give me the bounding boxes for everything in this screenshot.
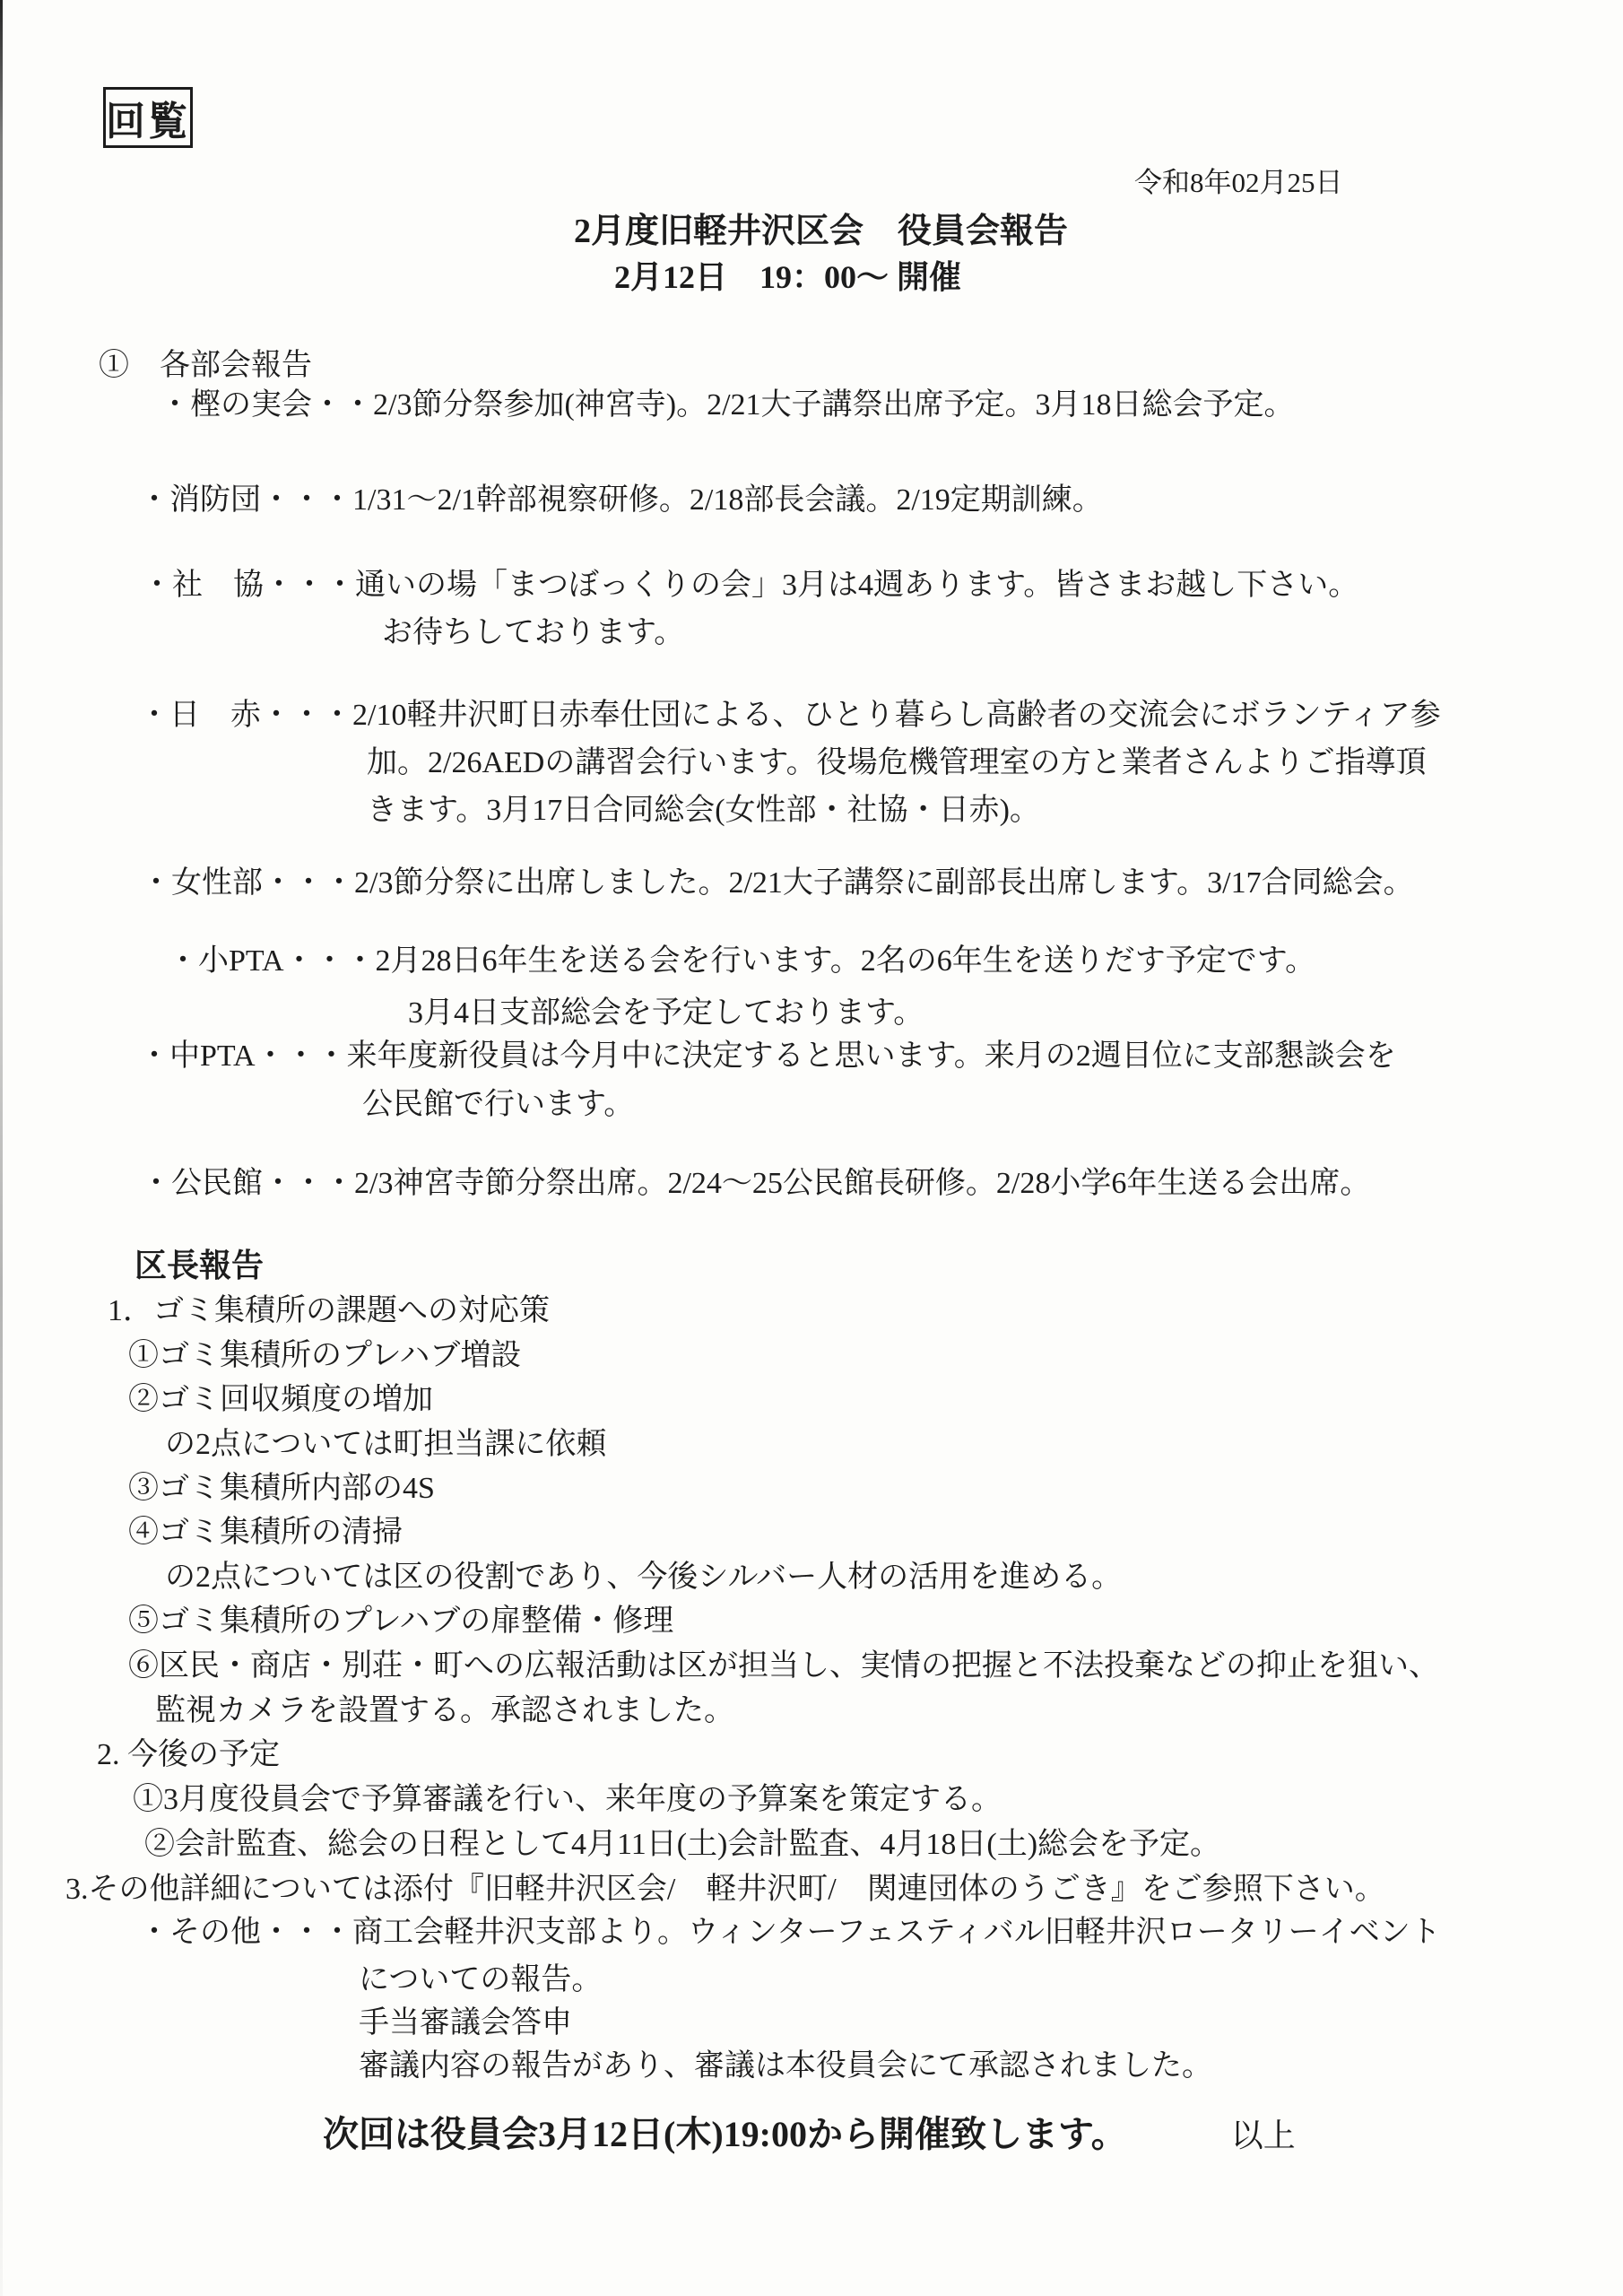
report-fire-brigade: ・消防団・・・1/31～2/1幹部視察研修。2/18部長会議。2/19定期訓練。 bbox=[139, 483, 1103, 517]
report-other-line-3: 手当審議会答申 bbox=[359, 2005, 572, 2040]
mayor-plan-audit-assembly: ②会計監査、総会の日程として4月11日(土)会計監査、4月18日(土)総会を予定… bbox=[144, 1827, 1220, 1862]
mayor-note-town-request: の2点については町担当課に依頼 bbox=[165, 1427, 606, 1462]
circulation-stamp: 回覧 bbox=[103, 87, 193, 148]
report-nisseki-line-3: きます。3月17日合同総会(女性部・社協・日赤)。 bbox=[367, 793, 1040, 828]
section-heading-committee-reports: ① 各部会報告 bbox=[99, 348, 312, 383]
mayor-item-cleaning: ④ゴミ集積所の清掃 bbox=[128, 1515, 403, 1550]
next-meeting-notice: 次回は役員会3月12日(木)19:00から開催致します。 bbox=[323, 2114, 1127, 2154]
mayor-item-door-repair: ⑤ゴミ集積所のプレハブの扉整備・修理 bbox=[128, 1604, 673, 1639]
report-nisseki-line-2: 加。2/26AEDの講習会行います。役場危機管理室の方と業者さんよりご指導頂 bbox=[367, 745, 1427, 780]
mayor-note-district-role: の2点については区の役割であり、今後シルバー人材の活用を進める。 bbox=[165, 1560, 1122, 1595]
report-sho-pta-line-1: ・小PTA・・・2月28日6年生を送る会を行います。2名の6年生を送りだす予定で… bbox=[168, 944, 1315, 978]
circulation-stamp-text: 回覧 bbox=[106, 89, 190, 146]
document-date: 令和8年02月25日 bbox=[1134, 167, 1343, 199]
mayor-item-garbage-prefab: ①ゴミ集積所のプレハブ増設 bbox=[128, 1338, 521, 1373]
report-other-line-1: ・その他・・・商工会軽井沢支部より。ウィンターフェスティバル旧軽井沢ロータリーイ… bbox=[139, 1915, 1441, 1950]
report-kashinomikai: ・樫の実会・・2/3節分祭参加(神宮寺)。2/21大子講祭出席予定。3月18日総… bbox=[160, 387, 1295, 422]
footer-row: 次回は役員会3月12日(木)19:00から開催致します。 以上 bbox=[323, 2106, 1296, 2157]
report-other-line-4: 審議内容の報告があり、審議は本役員会にて承認されました。 bbox=[359, 2048, 1212, 2083]
report-nisseki-line-1: ・日 赤・・・2/10軽井沢町日赤奉仕団による、ひとり暮らし高齢者の交流会にボラ… bbox=[139, 698, 1441, 733]
scan-edge-artifact bbox=[0, 0, 3, 2296]
report-chu-pta-line-1: ・中PTA・・・来年度新役員は今月中に決定すると思います。来月の2週目位に支部懇… bbox=[139, 1039, 1396, 1074]
report-other-line-2: についての報告。 bbox=[359, 1962, 602, 1997]
mayor-item-publicity-line-2: 監視カメラを設置する。承認されました。 bbox=[155, 1693, 734, 1728]
section-heading-mayor-report: 区長報告 bbox=[135, 1247, 264, 1283]
document-title: 2月度旧軽井沢区会 役員会報告 bbox=[574, 213, 1068, 252]
report-shakyo-line-2: お待ちしております。 bbox=[382, 615, 684, 650]
mayor-item-collection-freq: ②ゴミ回収頻度の増加 bbox=[128, 1382, 433, 1417]
scanned-document-page: 回覧 令和8年02月25日 2月度旧軽井沢区会 役員会報告 2月12日 19：0… bbox=[0, 0, 1623, 2296]
report-kominkan: ・公民館・・・2/3神宮寺節分祭出席。2/24～25公民館長研修。2/28小学6… bbox=[141, 1166, 1370, 1201]
report-shakyo-line-1: ・社 協・・・通いの場「まつぼっくりの会」3月は4週あります。皆さまお越し下さい… bbox=[142, 568, 1358, 603]
mayor-item-publicity-line-1: ⑥区民・商店・別荘・町への広報活動は区が担当し、実情の把握と不法投棄などの抑止を… bbox=[128, 1648, 1439, 1683]
mayor-item-1-heading: 1．ゴミ集積所の課題への対応策 bbox=[108, 1293, 550, 1328]
mayor-plan-budget: ①3月度役員会で予算審議を行い、来年度の予算案を策定する。 bbox=[133, 1782, 1002, 1817]
mayor-item-2-heading: 2. 今後の予定 bbox=[97, 1737, 280, 1772]
closing-mark: 以上 bbox=[1231, 2118, 1296, 2153]
mayor-item-3-attachment: 3.その他詳細については添付『旧軽井沢区会/ 軽井沢町/ 関連団体のうごき』をご… bbox=[65, 1872, 1385, 1907]
document-subtitle: 2月12日 19：00～ 開催 bbox=[614, 259, 961, 296]
report-joseibu: ・女性部・・・2/3節分祭に出席しました。2/21大子講祭に副部長出席します。3… bbox=[141, 865, 1414, 900]
report-chu-pta-line-2: 公民館で行います。 bbox=[362, 1087, 634, 1122]
mayor-item-interior-4s: ③ゴミ集積所内部の4S bbox=[128, 1471, 435, 1506]
report-sho-pta-line-2: 3月4日支部総会を予定しております。 bbox=[408, 996, 924, 1031]
